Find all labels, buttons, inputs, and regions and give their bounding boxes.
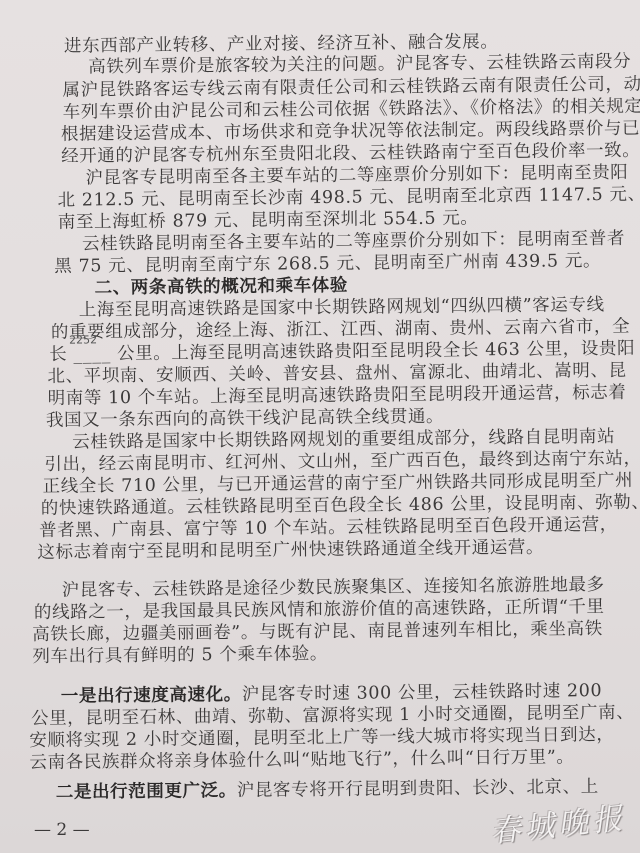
paragraph-line: 云桂铁路是国家中长期铁路网规划的重要组成部分，线路自昆明南站 (72, 427, 615, 453)
bold-lead-phrase: 二是出行范围更广泛。 (56, 781, 237, 803)
paragraph-line: 沪昆客专昆明南至各主要车站的二等座票价分别如下：昆明南至贵阳 (85, 163, 628, 189)
paragraph-text: 沪昆客专将开行昆明到贵阳、长沙、北京、上 (237, 777, 599, 801)
paragraph-line: 云桂铁路昆明南至各主要车站的二等座票价分别如下：昆明南至普者 (82, 229, 625, 255)
paragraph-line: 高铁长廊，边疆美丽画卷”。与既有沪昆、南昆普速列车相比，乘坐高铁 (32, 619, 603, 645)
point-one-paragraph: 一是出行速度高速化。沪昆客专时速 300 公里，云桂铁路时速 200 (61, 681, 603, 707)
document-page: 进东西部产业转移、产业对接、经济互补、融合发展。高铁列车票价是旅客较为关注的问题… (0, 0, 640, 853)
paragraph-line: 我国又一条东西向的高铁干线沪昆高铁全线贯通。 (46, 407, 444, 431)
paragraph-line: 明南等 10 个车站。上海至昆明高速铁路贵阳至昆明段开通运营，标志着 (48, 383, 627, 409)
page-number: — 2 — (34, 820, 90, 840)
section-heading: 二、两条高铁的概况和乘车体验 (94, 276, 348, 299)
point-two-paragraph: 二是出行范围更广泛。沪昆客专将开行昆明到贵阳、长沙、北京、上 (56, 777, 599, 803)
paragraph-line: 列车出行具有鲜明的 5 个乘车体验。 (32, 644, 328, 667)
paragraph-line: 云南各民族群众将亲身体验什么叫“贴地飞行”，什么叫“日行万里”。 (29, 747, 574, 773)
handwritten-correction: 2252 (69, 335, 97, 345)
paragraph-line: 这标志着南宁至昆明和昆明至广州快速铁路通道全线开通运营。 (37, 538, 544, 563)
paragraph-line: 高铁列车票价是旅客较为关注的问题。沪昆客专、云桂铁路云南段分 (88, 52, 631, 78)
paragraph-line: 上海至昆明高速铁路是国家中长期铁路网规划“四纵四横”客运专线 (79, 295, 605, 321)
paragraph-line: 黑 75 元、昆明南至南宁东 268.5 元、昆明南至广州南 439.5 元。 (54, 251, 601, 277)
paragraph-line: 北 212.5 元、昆明南至长沙南 498.5 元、昆明南至北京西 1147.5… (58, 184, 640, 211)
paragraph-line: 沪昆客专、云桂铁路是途径少数民族聚集区、连接知名旅游胜地最多 (62, 575, 605, 601)
paragraph-line: 南至上海虹桥 879 元、昆明南至深圳北 554.5 元。 (58, 208, 479, 232)
paragraph-text: 沪昆客专时速 300 公里，云桂铁路时速 200 (242, 681, 603, 705)
bold-lead-phrase: 一是出行速度高速化。 (61, 685, 242, 707)
